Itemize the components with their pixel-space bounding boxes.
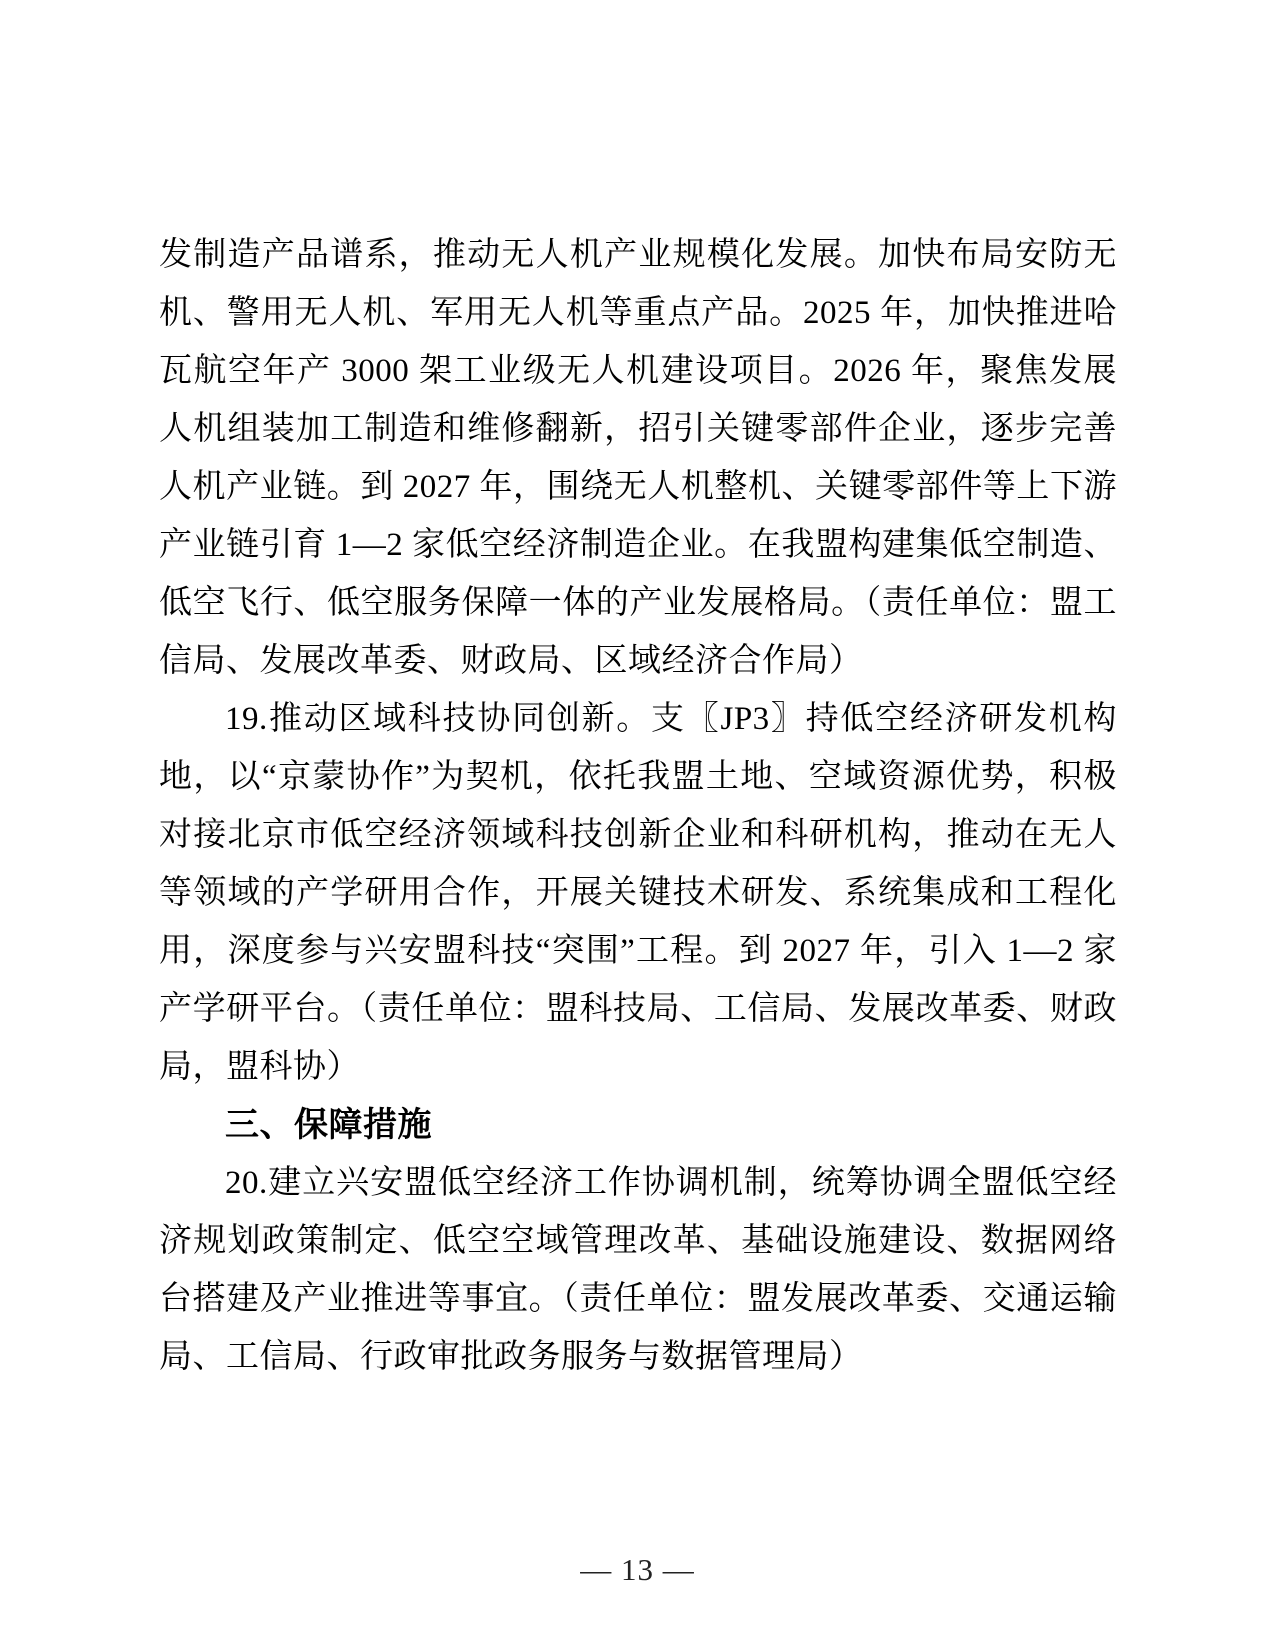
body-line: 信局、发展改革委、财政局、区域经济合作局） bbox=[159, 632, 1117, 690]
body-line: 地，以“京蒙协作”为契机，依托我盟土地、空域资源优势，积极 bbox=[159, 748, 1117, 806]
body-line: 人机产业链。到 2027 年，围绕无人机整机、关键零部件等上下游 bbox=[159, 458, 1117, 516]
section-heading: 三、保障措施 bbox=[159, 1096, 1117, 1154]
body-line: 产学研平台。（责任单位：盟科技局、工信局、发展改革委、财政 bbox=[159, 980, 1117, 1038]
text-block: 发制造产品谱系，推动无人机产业规模化发展。加快布局安防无人 机、警用无人机、军用… bbox=[159, 226, 1117, 1386]
body-line: 机、警用无人机、军用无人机等重点产品。2025 年，加快推进哈 bbox=[159, 284, 1117, 342]
body-line: 产业链引育 1—2 家低空经济制造企业。在我盟构建集低空制造、 bbox=[159, 516, 1117, 574]
body-line-item20-start: 20.建立兴安盟低空经济工作协调机制，统筹协调全盟低空经 bbox=[159, 1154, 1117, 1212]
body-line: 局、工信局、行政审批政务服务与数据管理局） bbox=[159, 1328, 1117, 1386]
body-line: 发制造产品谱系，推动无人机产业规模化发展。加快布局安防无人 bbox=[159, 226, 1117, 284]
body-line-item19-start: 19.推动区域科技协同创新。支〖JP3〗持低空经济研发机构落 bbox=[159, 690, 1117, 748]
body-line: 人机组装加工制造和维修翻新，招引关键零部件企业，逐步完善无 bbox=[159, 400, 1117, 458]
document-page: 发制造产品谱系，推动无人机产业规模化发展。加快布局安防无人 机、警用无人机、军用… bbox=[0, 0, 1275, 1650]
page-footer: — 13 — bbox=[0, 1548, 1275, 1592]
body-line: 低空飞行、低空服务保障一体的产业发展格局。（责任单位：盟工 bbox=[159, 574, 1117, 632]
body-line: 局，盟科协） bbox=[159, 1038, 1117, 1096]
body-line: 台搭建及产业推进等事宜。（责任单位：盟发展改革委、交通运输 bbox=[159, 1270, 1117, 1328]
body-line: 济规划政策制定、低空空域管理改革、基础设施建设、数据网络平 bbox=[159, 1212, 1117, 1270]
body-line: 等领域的产学研用合作，开展关键技术研发、系统集成和工程化应 bbox=[159, 864, 1117, 922]
body-line: 用，深度参与兴安盟科技“突围”工程。到 2027 年，引入 1—2 家 bbox=[159, 922, 1117, 980]
page-number: — 13 — bbox=[580, 1552, 695, 1587]
body-line: 瓦航空年产 3000 架工业级无人机建设项目。2026 年，聚焦发展无 bbox=[159, 342, 1117, 400]
body-line: 对接北京市低空经济领域科技创新企业和科研机构，推动在无人机 bbox=[159, 806, 1117, 864]
